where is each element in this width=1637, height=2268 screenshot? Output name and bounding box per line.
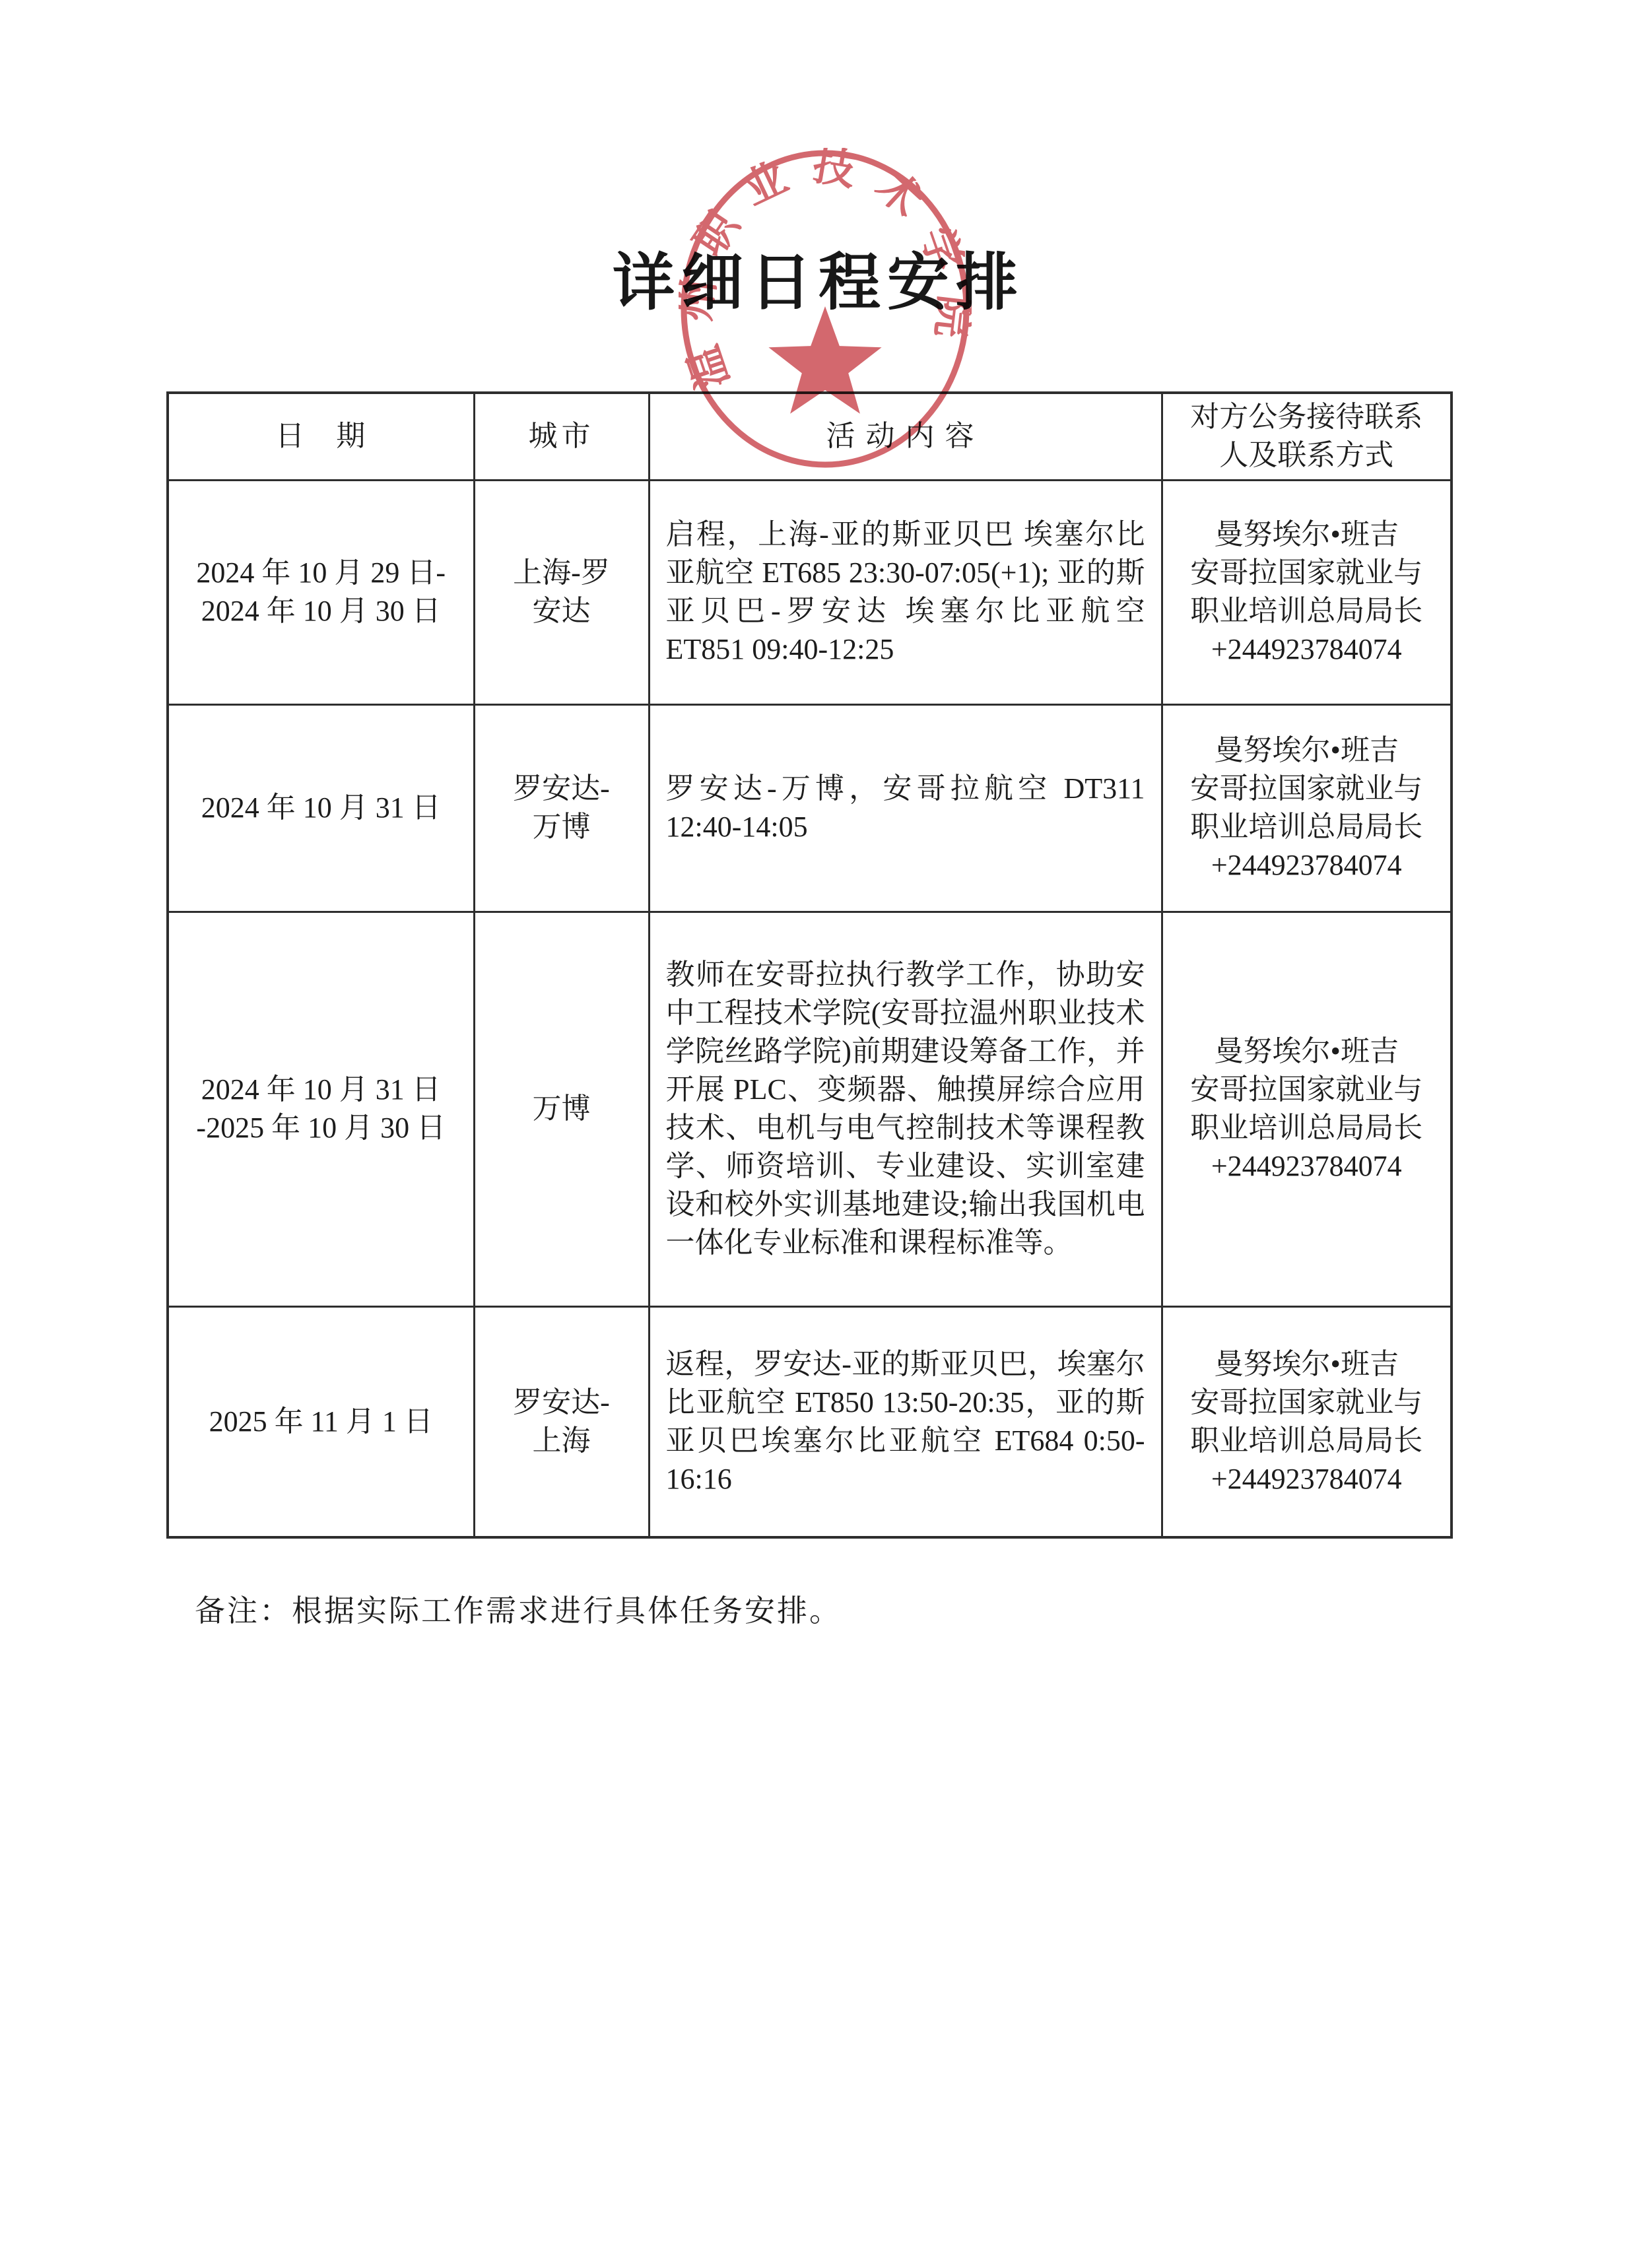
table-row: 2024 年 10 月 31 日 -2025 年 10 月 30 日 万博 教师… [168,912,1452,1306]
row-1-city: 上海-罗 安达 [474,480,649,704]
row-2-city: 罗安达- 万博 [474,704,649,912]
row-4-contact: 曼努埃尔•班吉 安哥拉国家就业与 职业培训总局局长 +244923784074 [1162,1306,1452,1537]
table-row: 2025 年 11 月 1 日 罗安达- 上海 返程，罗安达-亚的斯亚贝巴，埃塞… [168,1306,1452,1537]
row-1-activity: 启程，上海-亚的斯亚贝巴 埃塞尔比亚航空 ET685 23:30-07:05(+… [649,480,1162,704]
header-city: 城市 [474,393,649,480]
row-4-city: 罗安达- 上海 [474,1306,649,1537]
official-seal: 温州职业技术学院 [679,148,972,470]
row-3-contact: 曼努埃尔•班吉 安哥拉国家就业与 职业培训总局局长 +244923784074 [1162,912,1452,1306]
star-icon [768,306,881,414]
row-4-date: 2025 年 11 月 1 日 [168,1306,474,1537]
row-2-date: 2024 年 10 月 31 日 [168,704,474,912]
table-row: 2024 年 10 月 31 日 罗安达- 万博 罗安达-万博，安哥拉航空 DT… [168,704,1452,912]
header-date: 日 期 [168,393,474,480]
header-contact: 对方公务接待联系 人及联系方式 [1162,393,1452,480]
row-2-activity: 罗安达-万博，安哥拉航空 DT311 12:40-14:05 [649,704,1162,912]
row-1-contact: 曼努埃尔•班吉 安哥拉国家就业与 职业培训总局局长 +244923784074 [1162,480,1452,704]
table-row: 2024 年 10 月 29 日- 2024 年 10 月 30 日 上海-罗 … [168,480,1452,704]
row-3-date: 2024 年 10 月 31 日 -2025 年 10 月 30 日 [168,912,474,1306]
row-1-date: 2024 年 10 月 29 日- 2024 年 10 月 30 日 [168,480,474,704]
row-3-activity: 教师在安哥拉执行教学工作，协助安中工程技术学院(安哥拉温州职业技术学院丝路学院)… [649,912,1162,1306]
footnote: 备注：根据实际工作需求进行具体任务安排。 [195,1587,842,1630]
row-4-activity: 返程，罗安达-亚的斯亚贝巴，埃塞尔比亚航空 ET850 13:50-20:35，… [649,1306,1162,1537]
row-3-city: 万博 [474,912,649,1306]
document-page: 详细日程安排 温州职业技术学院 日 期 城市 活动内容 对方公务接待联系 人及联… [0,0,1637,2268]
schedule-table: 日 期 城市 活动内容 对方公务接待联系 人及联系方式 2024 年 10 月 … [166,391,1453,1539]
row-2-contact: 曼努埃尔•班吉 安哥拉国家就业与 职业培训总局局长 +244923784074 [1162,704,1452,912]
schedule-table-wrap: 日 期 城市 活动内容 对方公务接待联系 人及联系方式 2024 年 10 月 … [166,391,1453,1539]
